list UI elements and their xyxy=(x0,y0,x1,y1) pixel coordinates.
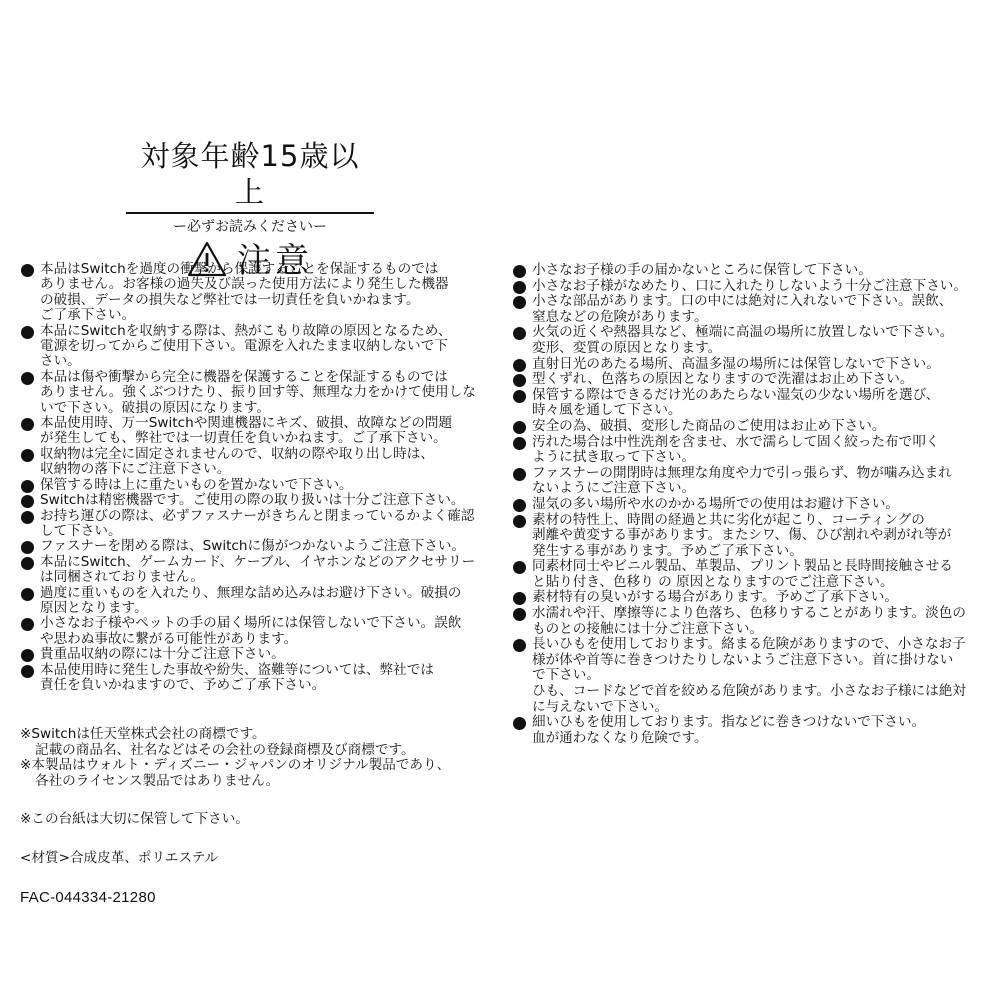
bullet-icon xyxy=(513,296,526,309)
caution-line: 同素材同士やビニル製品、革製品、プリント製品と長時間接触させる xyxy=(532,559,987,575)
caution-line: 本品にSwitch、ゲームカード、ケーブル、イヤホンなどのアクセサリー xyxy=(40,555,500,570)
caution-item: 長いひもを使用しております。絡まる危険がありますので、小さなお子様が体や首等に巻… xyxy=(512,637,987,715)
bullet-icon xyxy=(513,499,526,512)
left-caution-list: 本品はSwitchを過度の衝撃から保護することを保証するものではありません。お客… xyxy=(20,262,500,693)
bullet-icon xyxy=(21,511,34,524)
caution-line: ファスナーの開閉時は無理な角度や力で引っ張らず、物が噛み込まれ xyxy=(532,466,987,482)
bullet-icon xyxy=(513,421,526,434)
bullet-icon xyxy=(21,665,34,678)
caution-line: いで下さい。破損の原因になります。 xyxy=(40,401,500,416)
bullet-icon xyxy=(513,327,526,340)
bullet-icon xyxy=(513,468,526,481)
bullet-icon xyxy=(513,561,526,574)
bullet-icon xyxy=(513,265,526,278)
caution-line: 素材の特性上、時間の経過と共に劣化が起こり、コーティングの xyxy=(532,513,987,529)
caution-item: 同素材同士やビニル製品、革製品、プリント製品と長時間接触させると貼り付き、色移り… xyxy=(512,559,987,590)
caution-line: 発生する事があります。予めご了承下さい。 xyxy=(532,544,987,560)
notes-section: ※Switchは任天堂株式会社の商標です。 記載の商品名、社名などはその会社の登… xyxy=(20,727,450,905)
bullet-icon xyxy=(21,541,34,554)
caution-line: 変形、変質の原因となります。 xyxy=(532,341,987,357)
caution-line: ご了承下さい。 xyxy=(40,308,500,323)
bullet-icon xyxy=(21,372,34,385)
caution-item: 安全の為、破損、変形した商品のご使用はお止め下さい。 xyxy=(512,419,987,435)
caution-item: 本品使用時、万一Switchや関連機器にキズ、破損、故障などの問題が発生しても、… xyxy=(20,416,500,447)
caution-line: 安全の為、破損、変形した商品のご使用はお止め下さい。 xyxy=(532,419,987,435)
bullet-icon xyxy=(513,515,526,528)
caution-line: ありません。お客様の過失及び誤った使用方法により発生した機器 xyxy=(40,277,500,292)
caution-line: 血が通わなくなり危険です。 xyxy=(532,731,987,747)
caution-item: 型くずれ、色落ちの原因となりますので洗濯はお止め下さい。 xyxy=(512,372,987,388)
bullet-icon xyxy=(513,359,526,372)
bullet-icon xyxy=(21,418,34,431)
keep-card-note: ※この台紙は大切に保管して下さい。 xyxy=(20,812,450,828)
caution-item: 水濡れや汗、摩擦等により色落ち、色移りすることがあります。淡色のものとの接触には… xyxy=(512,606,987,637)
caution-line: 水濡れや汗、摩擦等により色落ち、色移りすることがあります。淡色の xyxy=(532,606,987,622)
caution-item: 小さなお子様がなめたり、口に入れたりしないよう十分ご注意下さい。 xyxy=(512,279,987,295)
bullet-icon xyxy=(513,437,526,450)
caution-line: 様が体や首等に巻きつけたりしないようご注意下さい。首に掛けない xyxy=(532,653,987,669)
caution-line: して下さい。 xyxy=(40,524,500,539)
caution-item: 細いひもを使用しております。指などに巻きつけないで下さい。血が通わなくなり危険で… xyxy=(512,715,987,746)
caution-item: 本品にSwitch、ゲームカード、ケーブル、イヤホンなどのアクセサリーは同梱され… xyxy=(20,555,500,586)
caution-line: が発生しても、弊社では一切責任を負いかねます。ご了承下さい。 xyxy=(40,431,500,446)
caution-item: 素材特有の臭いがする場合があります。予めご了承下さい。 xyxy=(512,590,987,606)
bullet-icon xyxy=(21,588,34,601)
caution-item: 小さな部品があります。口の中には絶対に入れないで下さい。誤飲、窒息などの危険があ… xyxy=(512,294,987,325)
bullet-icon xyxy=(513,717,526,730)
caution-line: 細いひもを使用しております。指などに巻きつけないで下さい。 xyxy=(532,715,987,731)
caution-line: や思わぬ事故に繋がる可能性があります。 xyxy=(40,632,500,647)
bullet-icon xyxy=(513,281,526,294)
product-code: FAC-044334-21280 xyxy=(20,890,450,906)
caution-line: ありません。強くぶつけたり、振り回す等、無理な力をかけて使用しな xyxy=(40,385,500,400)
right-caution-list: 小さなお子様の手の届かないところに保管して下さい。小さなお子様がなめたり、口に入… xyxy=(512,263,987,746)
caution-line: 時々風を通して下さい。 xyxy=(532,403,987,419)
caution-item: 本品はSwitchを過度の衝撃から保護することを保証するものではありません。お客… xyxy=(20,262,500,324)
caution-item: お持ち運びの際は、必ずファスナーがきちんと閉まっているかよく確認して下さい。 xyxy=(20,509,500,540)
caution-line: 素材特有の臭いがする場合があります。予めご了承下さい。 xyxy=(532,590,987,606)
caution-line: 小さなお子様の手の届かないところに保管して下さい。 xyxy=(532,263,987,279)
bullet-icon xyxy=(21,618,34,631)
bullet-icon xyxy=(21,495,34,508)
caution-line: さい。 xyxy=(40,354,500,369)
caution-line: お持ち運びの際は、必ずファスナーがきちんと閉まっているかよく確認 xyxy=(40,509,500,524)
caution-line: ファスナーを閉める際は、Switchに傷がつかないようご注意下さい。 xyxy=(40,539,500,554)
caution-line: 責任を負いかねますので、予めご了承下さい。 xyxy=(40,678,500,693)
caution-item: 本品使用時に発生した事故や紛失、盗難等については、弊社では責任を負いかねますので… xyxy=(20,663,500,694)
caution-line: ものとの接触には十分ご注意下さい。 xyxy=(532,622,987,638)
caution-line: 小さなお子様やペットの手の届く場所には保管しないで下さい。誤飲 xyxy=(40,616,500,631)
bullet-icon xyxy=(513,390,526,403)
caution-item: 小さなお子様やペットの手の届く場所には保管しないで下さい。誤飲や思わぬ事故に繋が… xyxy=(20,616,500,647)
caution-item: 直射日光のあたる場所、高温多湿の場所には保管しないで下さい。 xyxy=(512,357,987,373)
caution-item: ファスナーを閉める際は、Switchに傷がつかないようご注意下さい。 xyxy=(20,539,500,554)
bullet-icon xyxy=(513,592,526,605)
caution-item: 保管する際はできるだけ光のあたらない湿気の少ない場所を選び、時々風を通して下さい… xyxy=(512,388,987,419)
bullet-icon xyxy=(21,649,34,662)
caution-line: ないようにご注意下さい。 xyxy=(532,481,987,497)
caution-line: 長いひもを使用しております。絡まる危険がありますので、小さなお子 xyxy=(532,637,987,653)
caution-line: 電源を切ってからご使用下さい。電源を入れたまま収納しないで下 xyxy=(40,339,500,354)
trademark-note: ※Switchは任天堂株式会社の商標です。 xyxy=(20,727,450,743)
caution-line: 火気の近くや熱器具など、極端に高温の場所に放置しないで下さい。 xyxy=(532,325,987,341)
caution-line: Switchは精密機器です。ご使用の際の取り扱いは十分ご注意下さい。 xyxy=(40,493,500,508)
caution-line: の破損、データの損失など弊社では一切責任を負いかねます。 xyxy=(40,293,500,308)
bullet-icon xyxy=(513,374,526,387)
trademark-note-detail: 記載の商品名、社名などはその会社の登録商標及び商標です。 xyxy=(20,743,450,759)
caution-line: で下さい。 xyxy=(532,668,987,684)
caution-line: 保管する時は上に重たいものを置かないで下さい。 xyxy=(40,478,500,493)
caution-item: 過度に重いものを入れたり、無理な詰め込みはお避け下さい。破損の原因となります。 xyxy=(20,586,500,617)
bullet-icon xyxy=(21,449,34,462)
caution-item: 素材の特性上、時間の経過と共に劣化が起こり、コーティングの剥離や黄変する事があり… xyxy=(512,513,987,560)
original-product-note-detail: 各社のライセンス製品ではありません。 xyxy=(20,774,450,790)
caution-line: 収納物の落下にご注意下さい。 xyxy=(40,462,500,477)
caution-item: 小さなお子様の手の届かないところに保管して下さい。 xyxy=(512,263,987,279)
caution-line: 保管する際はできるだけ光のあたらない湿気の少ない場所を選び、 xyxy=(532,388,987,404)
caution-item: ファスナーの開閉時は無理な角度や力で引っ張らず、物が噛み込まれないようにご注意下… xyxy=(512,466,987,497)
material-note: <材質>合成皮革、ポリエステル xyxy=(20,851,450,867)
age-rating-title: 対象年齢15歳以上 xyxy=(126,138,374,214)
caution-item: 湿気の多い場所や水のかかる場所での使用はお避け下さい。 xyxy=(512,497,987,513)
caution-line: 過度に重いものを入れたり、無理な詰め込みはお避け下さい。破損の xyxy=(40,586,500,601)
caution-item: 貴重品収納の際には十分ご注意下さい。 xyxy=(20,647,500,662)
caution-line: ように拭き取って下さい。 xyxy=(532,450,987,466)
original-product-note: ※本製品はウォルト・ディズニー・ジャパンのオリジナル製品であり、 xyxy=(20,758,450,774)
caution-line: 貴重品収納の際には十分ご注意下さい。 xyxy=(40,647,500,662)
caution-line: ひも、コードなどで首を絞める危険があります。小さなお子様には絶対 xyxy=(532,684,987,700)
caution-item: 本品は傷や衝撃から完全に機器を保護することを保証するものではありません。強くぶつ… xyxy=(20,370,500,416)
caution-line: は同梱されておりません。 xyxy=(40,570,500,585)
bullet-icon xyxy=(21,264,34,277)
caution-line: 小さな部品があります。口の中には絶対に入れないで下さい。誤飲、 xyxy=(532,294,987,310)
caution-line: 本品にSwitchを収納する際は、熱がこもり故障の原因となるため、 xyxy=(40,324,500,339)
caution-item: 本品にSwitchを収納する際は、熱がこもり故障の原因となるため、電源を切ってか… xyxy=(20,324,500,370)
caution-item: 火気の近くや熱器具など、極端に高温の場所に放置しないで下さい。変形、変質の原因と… xyxy=(512,325,987,356)
caution-line: 型くずれ、色落ちの原因となりますので洗濯はお止め下さい。 xyxy=(532,372,987,388)
caution-line: 直射日光のあたる場所、高温多湿の場所には保管しないで下さい。 xyxy=(532,357,987,373)
bullet-icon xyxy=(21,326,34,339)
bullet-icon xyxy=(21,557,34,570)
read-carefully-subtitle: ー必ずお読みくださいー xyxy=(100,218,400,236)
bullet-icon xyxy=(513,608,526,621)
caution-item: 収納物は完全に固定されませんので、収納の際や取り出し時は、収納物の落下にご注意下… xyxy=(20,447,500,478)
caution-line: 湿気の多い場所や水のかかる場所での使用はお避け下さい。 xyxy=(532,497,987,513)
caution-item: 汚れた場合は中性洗剤を含ませ、水で濡らして固く絞った布で叩くように拭き取って下さ… xyxy=(512,435,987,466)
caution-line: 小さなお子様がなめたり、口に入れたりしないよう十分ご注意下さい。 xyxy=(532,279,987,295)
caution-item: 保管する時は上に重たいものを置かないで下さい。 xyxy=(20,478,500,493)
caution-line: 収納物は完全に固定されませんので、収納の際や取り出し時は、 xyxy=(40,447,500,462)
caution-line: に与えないで下さい。 xyxy=(532,700,987,716)
caution-line: 汚れた場合は中性洗剤を含ませ、水で濡らして固く絞った布で叩く xyxy=(532,435,987,451)
caution-item: Switchは精密機器です。ご使用の際の取り扱いは十分ご注意下さい。 xyxy=(20,493,500,508)
bullet-icon xyxy=(21,480,34,493)
caution-line: 本品は傷や衝撃から完全に機器を保護することを保証するものでは xyxy=(40,370,500,385)
caution-line: 剥離や黄変する事があります。またシワ、傷、ひび割れや剥がれ等が xyxy=(532,528,987,544)
bullet-icon xyxy=(513,639,526,652)
caution-line: 本品使用時に発生した事故や紛失、盗難等については、弊社では xyxy=(40,663,500,678)
